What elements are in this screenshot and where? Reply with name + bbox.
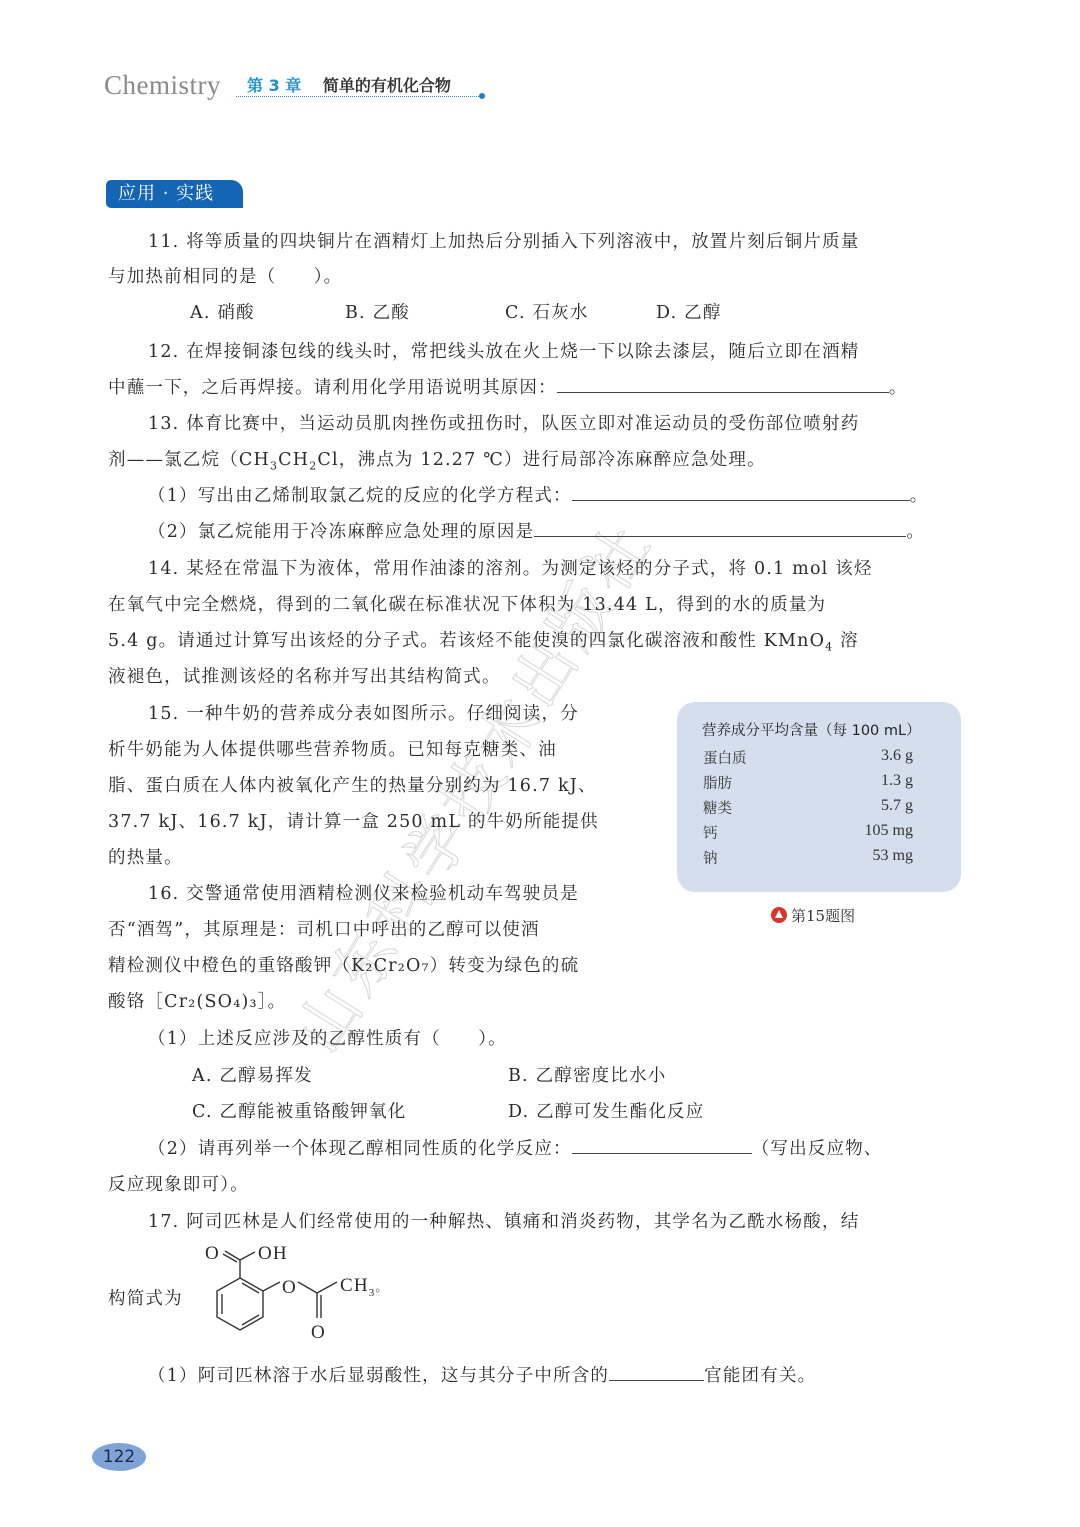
carbonyl-oxygen-label: O bbox=[311, 1322, 326, 1344]
period: 。 bbox=[906, 522, 925, 542]
q14-line3: 5.4 g。请通过计算写出该烃的分子式。若该烃不能使溴的四氯化碳溶液和酸性 KM… bbox=[108, 627, 859, 654]
q17-sub1-text: （1）阿司匹林溶于水后显弱酸性，这与其分子中所含的 bbox=[148, 1366, 609, 1386]
chapter-number: 第 3 章 bbox=[247, 76, 301, 95]
q11-option-d: D. 乙醇 bbox=[656, 299, 722, 324]
q16-sub2: （2）请再列举一个体现乙醇相同性质的化学反应：（写出反应物、 bbox=[148, 1135, 883, 1160]
q12-line2-text: 中蘸一下，之后再焊接。请利用化学用语说明其原因： bbox=[108, 378, 557, 398]
nutrient-value: 3.6 g bbox=[793, 747, 913, 765]
q16-option-b: B. 乙醇密度比水小 bbox=[508, 1062, 667, 1087]
brand-title: Chemistry bbox=[104, 70, 221, 101]
figure-caption: 第15题图 bbox=[771, 905, 855, 926]
dotted-divider bbox=[236, 96, 481, 97]
methyl-text: CH bbox=[340, 1275, 369, 1296]
q15-line2: 析牛奶能为人体提供哪些营养物质。已知每克糖类、油 bbox=[108, 736, 557, 761]
methyl-label: CH3。 bbox=[340, 1275, 389, 1299]
nutrient-name: 糖类 bbox=[703, 797, 732, 818]
triangle-marker-icon bbox=[771, 907, 787, 923]
nutrient-value: 1.3 g bbox=[793, 772, 913, 790]
q16-sub2-text: （2）请再列举一个体现乙醇相同性质的化学反应： bbox=[148, 1139, 572, 1159]
nutrient-name: 钠 bbox=[703, 847, 718, 868]
q15-line5: 的热量。 bbox=[108, 844, 183, 869]
section-tag: 应用 · 实践 bbox=[106, 180, 243, 208]
chapter-title: 简单的有机化合物 bbox=[323, 76, 451, 95]
q13-line2: 剂——氯乙烷（CH3CH2Cl，沸点为 12.27 ℃）进行局部冷冻麻醉应急处理… bbox=[108, 446, 766, 473]
q16-option-a: A. 乙醇易挥发 bbox=[192, 1062, 313, 1087]
q12-line2: 中蘸一下，之后再焊接。请利用化学用语说明其原因：。 bbox=[108, 374, 908, 399]
q16-option-d: D. 乙醇可发生酯化反应 bbox=[508, 1098, 704, 1123]
ester-oxygen-label: O bbox=[282, 1277, 297, 1299]
q17-sub1-blank[interactable] bbox=[609, 1365, 704, 1381]
q16-sub2-post: （写出反应物、 bbox=[752, 1139, 883, 1159]
q11-option-b: B. 乙酸 bbox=[345, 299, 410, 324]
q16-sub2-blank[interactable] bbox=[572, 1138, 752, 1154]
q12-period: 。 bbox=[889, 378, 908, 398]
q14-line3-post: 溶 bbox=[833, 631, 858, 651]
oxygen-label: O bbox=[205, 1243, 220, 1265]
q11-option-c: C. 石灰水 bbox=[505, 299, 589, 324]
q11-option-a: A. 硝酸 bbox=[190, 299, 255, 324]
nutrient-name: 钙 bbox=[703, 822, 718, 843]
hydroxyl-label: OH bbox=[258, 1243, 288, 1265]
q16-line2: 否“酒驾”，其原理是：司机口中呼出的乙醇可以使酒 bbox=[108, 916, 540, 941]
q11-line2: 与加热前相同的是（ ）。 bbox=[108, 263, 342, 288]
q16-sub1: （1）上述反应涉及的乙醇性质有（ ）。 bbox=[148, 1025, 507, 1050]
q12-answer-blank[interactable] bbox=[557, 377, 889, 393]
q13-line2-post: Cl，沸点为 12.27 ℃）进行局部冷冻麻醉应急处理。 bbox=[317, 450, 765, 470]
q13-sub2: （2）氯乙烷能用于冷冻麻醉应急处理的原因是。 bbox=[148, 518, 925, 543]
nutrient-value: 5.7 g bbox=[793, 797, 913, 815]
chapter-heading: 第 3 章 简单的有机化合物 bbox=[247, 73, 451, 96]
q16-line3: 精检测仪中橙色的重铬酸钾（K₂Cr₂O₇）转变为绿色的硫 bbox=[108, 952, 579, 977]
page-number-badge: 122 bbox=[92, 1443, 146, 1471]
caption-text: 第15题图 bbox=[791, 907, 855, 925]
q16-sub2-line2: 反应现象即可）。 bbox=[108, 1171, 249, 1196]
q17-sub1: （1）阿司匹林溶于水后显弱酸性，这与其分子中所含的官能团有关。 bbox=[148, 1362, 816, 1387]
period: 。 bbox=[910, 486, 929, 506]
q13-sub2-blank[interactable] bbox=[534, 521, 906, 537]
q14-line2: 在氧气中完全燃烧，得到的二氧化碳在标准状况下体积为 13.44 L，得到的水的质… bbox=[108, 591, 826, 616]
nutrition-table-title: 营养成分平均含量（每 100 mL） bbox=[702, 719, 921, 740]
q17-line2: 构简式为 bbox=[108, 1285, 183, 1310]
subscript: 3 bbox=[270, 460, 278, 473]
q17-sub1-post: 官能团有关。 bbox=[704, 1366, 816, 1386]
q11-line1: 11. 将等质量的四块铜片在酒精灯上加热后分别插入下列溶液中，放置片刻后铜片质量 bbox=[148, 228, 859, 253]
q16-option-c: C. 乙醇能被重铬酸钾氧化 bbox=[192, 1098, 407, 1123]
q13-sub1: （1）写出由乙烯制取氯乙烷的反应的化学方程式：。 bbox=[148, 482, 928, 507]
q13-line2-mid: CH bbox=[278, 450, 309, 470]
q13-line2-pre: 剂——氯乙烷（CH bbox=[108, 450, 270, 470]
q13-sub1-blank[interactable] bbox=[572, 485, 910, 501]
q15-line4: 37.7 kJ、16.7 kJ，请计算一盒 250 mL 的牛奶所能提供 bbox=[108, 808, 599, 833]
q17-line1: 17. 阿司匹林是人们经常使用的一种解热、镇痛和消炎药物，其学名为乙酰水杨酸，结 bbox=[148, 1208, 859, 1233]
nutrient-value: 105 mg bbox=[793, 822, 913, 840]
q12-line1: 12. 在焊接铜漆包线的线头时，常把线头放在火上烧一下以除去漆层，随后立即在酒精 bbox=[148, 338, 859, 363]
q14-line3-pre: 5.4 g。请通过计算写出该烃的分子式。若该烃不能使溴的四氯化碳溶液和酸性 KM… bbox=[108, 631, 825, 651]
q14-line1: 14. 某烃在常温下为液体，常用作油漆的溶剂。为测定该烃的分子式，将 0.1 m… bbox=[148, 555, 873, 580]
q13-line1: 13. 体育比赛中，当运动员肌肉挫伤或扭伤时，队医立即对准运动员的受伤部位喷射药 bbox=[148, 410, 859, 435]
q13-sub2-text: （2）氯乙烷能用于冷冻麻醉应急处理的原因是 bbox=[148, 522, 534, 542]
subscript: 3 bbox=[369, 1287, 376, 1299]
q15-line3: 脂、蛋白质在人体内被氧化产生的热量分别约为 16.7 kJ、 bbox=[108, 772, 597, 797]
q16-line4: 酸铬［Cr₂(SO₄)₃］。 bbox=[108, 988, 286, 1013]
period: 。 bbox=[376, 1280, 389, 1294]
q14-line4: 液褪色，试推测该烃的名称并写出其结构简式。 bbox=[108, 663, 501, 688]
q16-line1: 16. 交警通常使用酒精检测仪来检验机动车驾驶员是 bbox=[148, 880, 579, 905]
dot-endpoint-icon bbox=[479, 93, 485, 99]
nutrition-table: 营养成分平均含量（每 100 mL） 蛋白质 3.6 g 脂肪 1.3 g 糖类… bbox=[677, 702, 961, 892]
q13-sub1-text: （1）写出由乙烯制取氯乙烷的反应的化学方程式： bbox=[148, 486, 572, 506]
nutrient-name: 蛋白质 bbox=[703, 747, 747, 768]
q15-line1: 15. 一种牛奶的营养成分表如图所示。仔细阅读，分 bbox=[148, 700, 579, 725]
nutrient-value: 53 mg bbox=[793, 847, 913, 865]
nutrient-name: 脂肪 bbox=[703, 772, 732, 793]
